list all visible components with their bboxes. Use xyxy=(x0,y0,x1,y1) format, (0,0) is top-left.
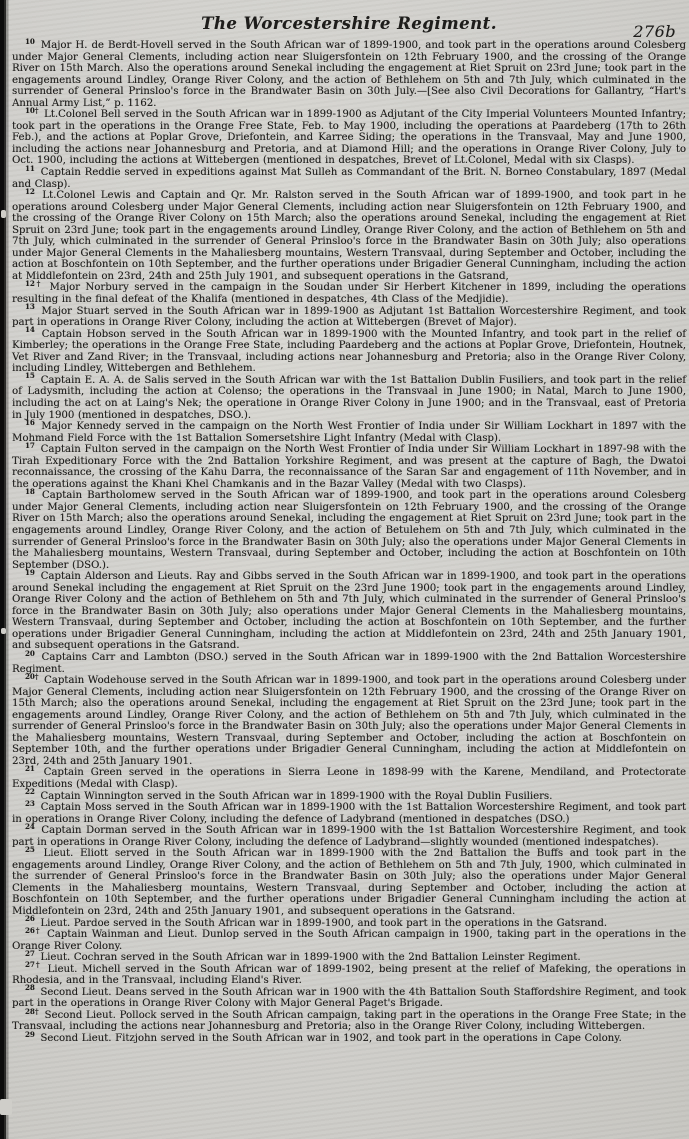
service-record-paragraph: 27† Lieut. Michell served in the South A… xyxy=(12,964,686,987)
footnote-marker: 28 xyxy=(25,983,35,992)
paragraph-text: Captains Carr and Lambton (DSO.) served … xyxy=(12,652,686,675)
footnote-marker: 21 xyxy=(25,764,35,773)
service-record-paragraph: 19 Captain Alderson and Lieuts. Ray and … xyxy=(12,571,686,652)
service-record-paragraph: 13 Major Stuart served in the South Afri… xyxy=(12,306,686,329)
page-title: The Worcestershire Regiment. xyxy=(12,14,686,33)
footnote-marker: 26 xyxy=(25,914,35,923)
footnote-marker: 24 xyxy=(25,822,35,831)
footnote-marker: 11 xyxy=(25,164,35,173)
paragraph-text: Captain Reddie served in expeditions aga… xyxy=(12,167,686,190)
paragraph-text: Captain Bartholomew served in the South … xyxy=(12,490,686,570)
service-record-paragraph: 10† Lt.Colonel Bell served in the South … xyxy=(12,109,686,167)
scan-artifact xyxy=(1,628,6,634)
paragraph-text: Lieut. Pardoe served in the South Africa… xyxy=(37,918,607,929)
footnote-marker: 14 xyxy=(25,325,35,334)
footnote-marker: 18 xyxy=(25,487,35,496)
service-record-paragraph: 12 Lt.Colonel Lewis and Captain and Qr. … xyxy=(12,190,686,282)
paragraph-text: Second Lieut. Pollock served in the Sout… xyxy=(12,1010,686,1033)
footnote-marker: 22 xyxy=(25,787,35,796)
page-content: The Worcestershire Regiment. 276b 10 Maj… xyxy=(12,14,686,1045)
footnote-marker: 28† xyxy=(25,1007,39,1016)
footnote-marker: 15 xyxy=(25,371,35,380)
service-record-paragraph: 18 Captain Bartholomew served in the Sou… xyxy=(12,490,686,571)
service-record-paragraph: 24 Captain Dorman served in the South Af… xyxy=(12,825,686,848)
footnote-marker: 17 xyxy=(25,441,35,450)
scan-artifact xyxy=(0,1099,12,1115)
paragraph-text: Captain Wodehouse served in the South Af… xyxy=(12,675,686,767)
paragraph-text: Captain Wainman and Lieut. Dunlop served… xyxy=(12,929,686,952)
page-number: 276b xyxy=(633,22,676,41)
paragraph-text: Lt.Colonel Lewis and Captain and Qr. Mr.… xyxy=(12,190,686,282)
paragraph-text: Captain Alderson and Lieuts. Ray and Gib… xyxy=(12,571,686,651)
service-record-paragraph: 25 Lieut. Eliott served in the South Afr… xyxy=(12,848,686,917)
book-binding-edge xyxy=(0,0,9,1139)
scan-artifact xyxy=(1,210,6,218)
footnote-marker: 16 xyxy=(25,418,35,427)
footnote-marker: 23 xyxy=(25,799,35,808)
footnote-marker: 12 xyxy=(25,187,35,196)
paragraph-text: Captain Fulton served in the campaign on… xyxy=(12,444,686,490)
paragraph-text: Major Norbury served in the campaign in … xyxy=(12,282,686,305)
service-record-paragraph: 17 Captain Fulton served in the campaign… xyxy=(12,444,686,490)
footnote-marker: 25 xyxy=(25,845,35,854)
service-record-paragraph: 10 Major H. de Berdt-Hovell served in th… xyxy=(12,40,686,109)
paragraph-text: Lieut. Eliott served in the South Africa… xyxy=(12,848,686,917)
footnote-marker: 20† xyxy=(25,672,38,681)
page-header: The Worcestershire Regiment. 276b xyxy=(12,14,686,38)
paragraph-text: Major H. de Berdt-Hovell served in the S… xyxy=(12,40,686,109)
paragraph-text: Second Lieut. Deans served in the South … xyxy=(12,987,686,1010)
paragraph-text: Lieut. Michell served in the South Afric… xyxy=(12,964,686,987)
paragraph-text: Lieut. Cochran served in the South Afric… xyxy=(37,952,581,963)
paragraph-text: Captain Green served in the operations i… xyxy=(12,767,686,790)
footnote-marker: 13 xyxy=(25,302,35,311)
service-record-paragraph: 20 Captains Carr and Lambton (DSO.) serv… xyxy=(12,652,686,675)
footnote-marker: 29 xyxy=(25,1030,35,1039)
footnote-marker: 10† xyxy=(25,106,38,115)
footnote-marker: 27 xyxy=(25,949,35,958)
paragraph-text: Captain E. A. A. de Salis served in the … xyxy=(12,375,686,421)
footnote-marker: 27† xyxy=(25,960,41,969)
paragraph-text: Major Stuart served in the South African… xyxy=(12,306,686,329)
service-record-paragraph: 23 Captain Moss served in the South Afri… xyxy=(12,802,686,825)
service-record-paragraphs: 10 Major H. de Berdt-Hovell served in th… xyxy=(12,40,686,1045)
service-record-paragraph: 27 Lieut. Cochran served in the South Af… xyxy=(12,952,686,964)
footnote-marker: 19 xyxy=(25,568,35,577)
service-record-paragraph: 28 Second Lieut. Deans served in the Sou… xyxy=(12,987,686,1010)
paragraph-text: Second Lieut. Fitzjohn served in the Sou… xyxy=(37,1033,622,1044)
paragraph-text: Major Kennedy served in the campaign on … xyxy=(12,421,686,444)
service-record-paragraph: 22 Captain Winnington served in the Sout… xyxy=(12,791,686,803)
footnote-marker: 20 xyxy=(25,649,35,658)
service-record-paragraph: 26† Captain Wainman and Lieut. Dunlop se… xyxy=(12,929,686,952)
footnote-marker: 12† xyxy=(25,279,42,288)
service-record-paragraph: 15 Captain E. A. A. de Salis served in t… xyxy=(12,375,686,421)
service-record-paragraph: 11 Captain Reddie served in expeditions … xyxy=(12,167,686,190)
footnote-marker: 26† xyxy=(25,926,40,935)
service-record-paragraph: 16 Major Kennedy served in the campaign … xyxy=(12,421,686,444)
paragraph-text: Captain Hobson served in the South Afric… xyxy=(12,329,686,375)
service-record-paragraph: 14 Captain Hobson served in the South Af… xyxy=(12,329,686,375)
service-record-paragraph: 12† Major Norbury served in the campaign… xyxy=(12,282,686,305)
paragraph-text: Captain Moss served in the South African… xyxy=(12,802,686,825)
paragraph-text: Captain Winnington served in the South A… xyxy=(37,791,553,802)
paragraph-text: Captain Dorman served in the South Afric… xyxy=(12,825,686,848)
service-record-paragraph: 26 Lieut. Pardoe served in the South Afr… xyxy=(12,918,686,930)
service-record-paragraph: 20† Captain Wodehouse served in the Sout… xyxy=(12,675,686,767)
service-record-paragraph: 29 Second Lieut. Fitzjohn served in the … xyxy=(12,1033,686,1045)
service-record-paragraph: 28† Second Lieut. Pollock served in the … xyxy=(12,1010,686,1033)
paragraph-text: Lt.Colonel Bell served in the South Afri… xyxy=(12,109,686,166)
service-record-paragraph: 21 Captain Green served in the operation… xyxy=(12,767,686,790)
